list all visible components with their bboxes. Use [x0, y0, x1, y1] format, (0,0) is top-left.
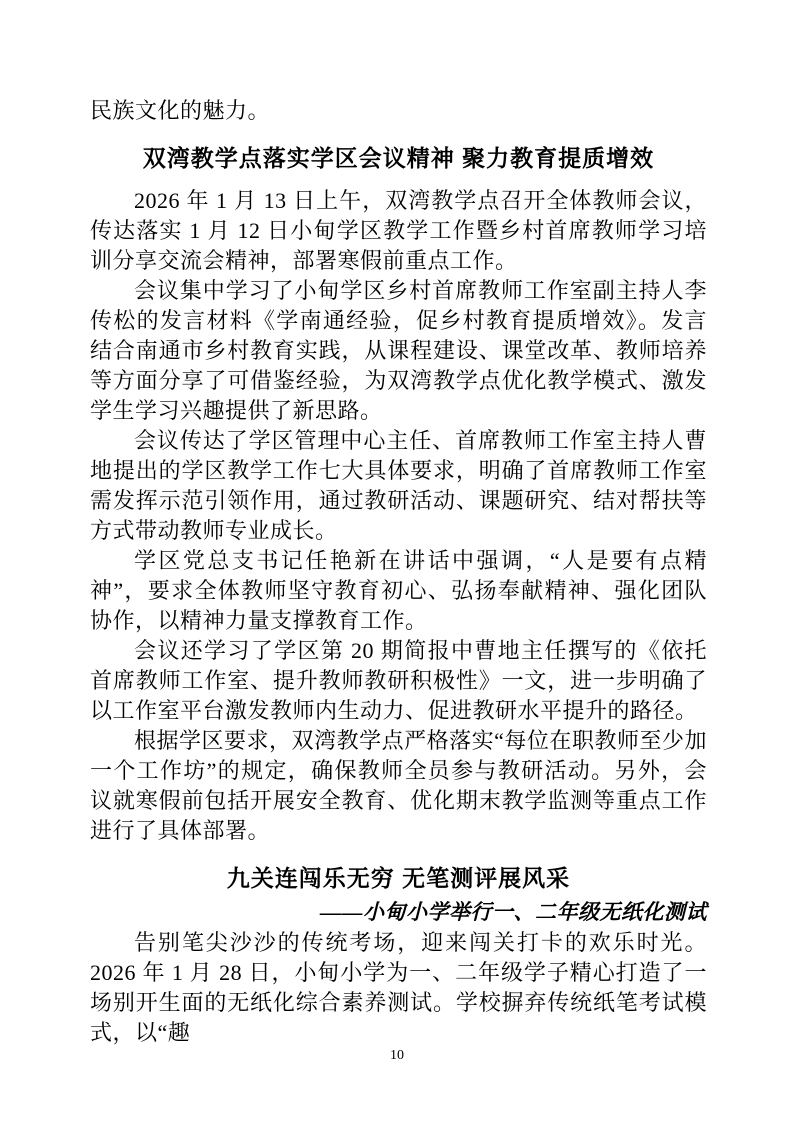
article2-subtitle: ——小甸小学举行一、二年级无纸化测试 [90, 896, 707, 928]
article1-paragraph-1: 2026 年 1 月 13 日上午，双湾教学点召开全体教师会议，传达落实 1 月… [90, 186, 707, 276]
article1-paragraph-5: 会议还学习了学区第 20 期简报中曹地主任撰写的《依托首席教师工作室、提升教师教… [90, 636, 707, 726]
page-number: 10 [0, 1048, 794, 1064]
article2-title: 九关连闯乐无穷 无笔测评展风采 [90, 860, 707, 896]
article1-paragraph-2: 会议集中学习了小甸学区乡村首席教师工作室副主持人李传松的发言材料《学南通经验，促… [90, 276, 707, 426]
article2-paragraph-1: 告别笔尖沙沙的传统考场，迎来闯关打卡的欢乐时光。2026 年 1 月 28 日，… [90, 928, 707, 1048]
article1-paragraph-4: 学区党总支书记任艳新在讲话中强调，“人是要有点精神”，要求全体教师坚守教育初心、… [90, 546, 707, 636]
article1-paragraph-3: 会议传达了学区管理中心主任、首席教师工作室主持人曹地提出的学区教学工作七大具体要… [90, 426, 707, 546]
leading-paragraph: 民族文化的魅力。 [90, 96, 707, 126]
document-page: 民族文化的魅力。 双湾教学点落实学区会议精神 聚力教育提质增效 2026 年 1… [0, 0, 794, 1122]
article1-title: 双湾教学点落实学区会议精神 聚力教育提质增效 [90, 140, 707, 176]
article1-paragraph-6: 根据学区要求，双湾教学点严格落实“每位在职教师至少加一个工作坊”的规定，确保教师… [90, 726, 707, 846]
